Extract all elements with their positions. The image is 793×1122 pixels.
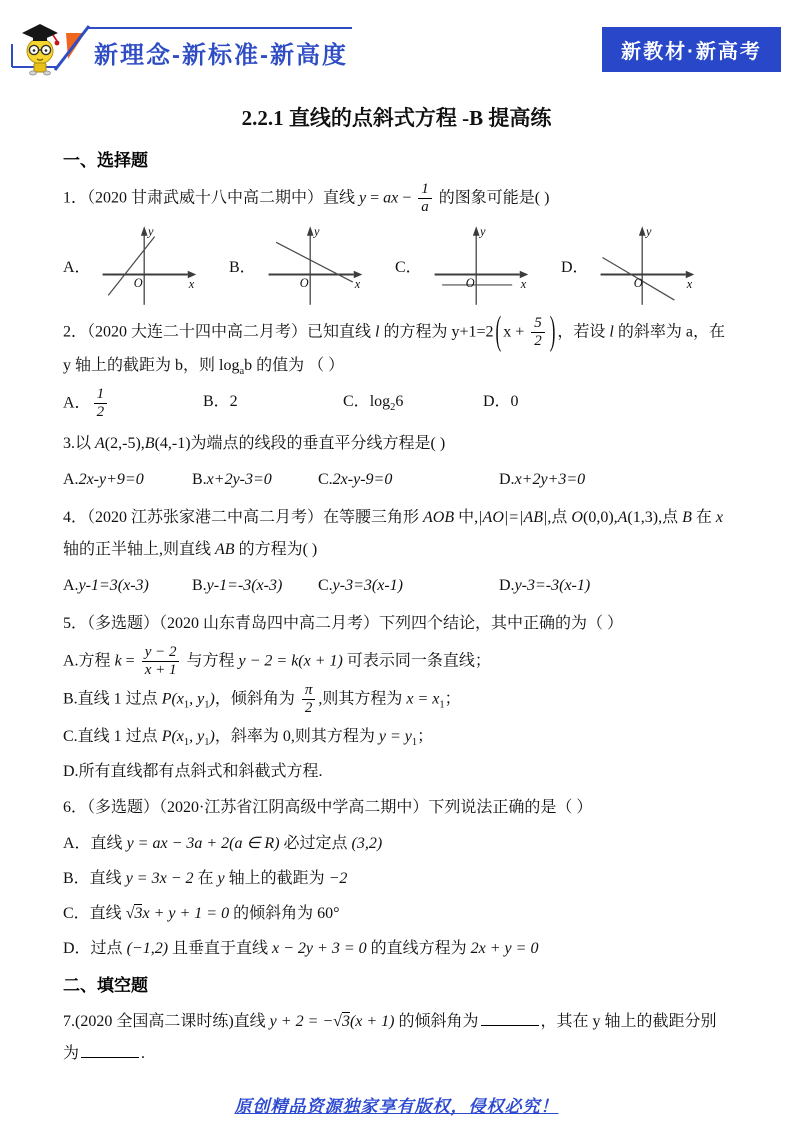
question-5-stem: 5．（多选题）（2020 山东青岛四中高二月考）下列四个结论，其中正确的为（ ） xyxy=(63,608,730,640)
question-1-options: A． y x O B． xyxy=(63,221,730,311)
question-6-option-c: C．直线 √3x + y + 1 = 0 的倾斜角为 60° xyxy=(63,898,730,930)
question-3-options: A.2x-y+9=0 B.x+2y-3=0 C.2x-y-9=0 D.x+2y+… xyxy=(63,464,730,496)
question-5-option-a: A.方程 k = y − 2x + 1 与方程 y − 2 = k(x + 1)… xyxy=(63,644,730,680)
question-4-stem: 4．（2020 江苏张家港二中高二月考）在等腰三角形 AOB 中,|AO|=|A… xyxy=(63,502,730,566)
section-heading-blank: 二、填空题 xyxy=(63,971,730,996)
worksheet-page: 新理念-新标准-新高度 新教材·新高考 2.2.1 直线的点斜式方程 -B 提高… xyxy=(0,0,793,1122)
question-5-option-d: D.所有直线都有点斜式和斜截式方程. xyxy=(63,756,730,788)
question-2-stem: 2．（2020 大连二十四中高二月考）已知直线 l 的方程为 y+1=2(x +… xyxy=(63,315,730,383)
option-b: B．2 xyxy=(203,386,343,422)
option-d-label: D． xyxy=(561,254,593,277)
svg-text:x: x xyxy=(354,276,361,290)
option-b-graph-cell: B． y x O xyxy=(229,221,367,311)
page-title: 2.2.1 直线的点斜式方程 -B 提高练 xyxy=(63,102,730,132)
option-a-label: A． xyxy=(63,254,95,277)
option-c: C.2x-y-9=0 xyxy=(318,464,499,496)
footer-copyright: 原创精品资源独家享有版权，侵权必究！ xyxy=(63,1092,730,1117)
question-6-option-b: B．直线 y = 3x − 2 在 y 轴上的截距为 −2 xyxy=(63,863,730,895)
option-b: B.x+2y-3=0 xyxy=(192,464,318,496)
graph-option-a: y x O xyxy=(95,221,201,311)
svg-text:y: y xyxy=(146,224,154,238)
question-6-option-d: D．过点 (−1,2) 且垂直于直线 x − 2y + 3 = 0 的直线方程为… xyxy=(63,933,730,965)
svg-text:y: y xyxy=(478,224,486,238)
question-6-option-a: A．直线 y = ax − 3a + 2(a ∈ R) 必过定点 (3,2) xyxy=(63,828,730,860)
question-5-option-c: C.直线 1 过点 P(x1, y1)，斜率为 0,则其方程为 y = y1； xyxy=(63,721,730,753)
svg-text:O: O xyxy=(134,275,143,289)
svg-text:x: x xyxy=(520,276,527,290)
question-1-stem: 1．（2020 甘肃武威十八中高二期中）直线 y = ax − 1a 的图象可能… xyxy=(63,181,730,217)
option-b-label: B． xyxy=(229,254,261,277)
question-5-option-b: B.直线 1 过点 P(x1, y1)，倾斜角为 π2,则其方程为 x = x1… xyxy=(63,682,730,718)
svg-text:O: O xyxy=(634,275,643,289)
header-badge: 新教材·新高考 xyxy=(602,27,781,72)
svg-text:x: x xyxy=(686,276,693,290)
question-2-options: A．12 B．2 C．log26 D．0 xyxy=(63,386,730,422)
svg-text:O: O xyxy=(300,275,309,289)
option-a-graph-cell: A． y x O xyxy=(63,221,201,311)
option-c: C.y-3=3(x-1) xyxy=(318,570,499,602)
svg-text:x: x xyxy=(188,276,195,290)
option-d-graph-cell: D． y x O xyxy=(561,221,699,311)
svg-text:y: y xyxy=(644,224,652,238)
question-3-stem: 3.以 A(2,-5),B(4,-1)为端点的线段的垂直平分线方程是( ) xyxy=(63,428,730,460)
option-c-graph-cell: C． y x O xyxy=(395,221,533,311)
graph-option-c: y x O xyxy=(427,221,533,311)
svg-text:y: y xyxy=(312,224,320,238)
page-header: 新理念-新标准-新高度 新教材·新高考 xyxy=(0,0,793,92)
graph-option-d: y x O xyxy=(593,221,699,311)
option-a: A．12 xyxy=(63,386,203,422)
question-7-stem: 7.(2020 全国高二课时练)直线 y + 2 = −√3(x + 1) 的倾… xyxy=(63,1006,730,1070)
option-d: D.y-3=-3(x-1) xyxy=(499,570,730,602)
graph-option-b: y x O xyxy=(261,221,367,311)
logo-text: 新理念-新标准-新高度 xyxy=(94,35,356,70)
question-6-stem: 6．（多选题）（2020·江苏省江阴高级中学高二期中）下列说法正确的是（ ） xyxy=(63,792,730,824)
svg-text:O: O xyxy=(466,275,475,289)
option-a: A.2x-y+9=0 xyxy=(63,464,192,496)
option-a: A.y-1=3(x-3) xyxy=(63,570,192,602)
section-heading-choice: 一、选择题 xyxy=(63,146,730,171)
worksheet-content: 2.2.1 直线的点斜式方程 -B 提高练 一、选择题 1．（2020 甘肃武威… xyxy=(0,102,793,1117)
logo-character-icon xyxy=(16,20,64,76)
option-c: C．log26 xyxy=(343,386,483,422)
option-b: B.y-1=-3(x-3) xyxy=(192,570,318,602)
question-4-options: A.y-1=3(x-3) B.y-1=-3(x-3) C.y-3=3(x-1) … xyxy=(63,570,730,602)
option-d: D.x+2y+3=0 xyxy=(499,464,730,496)
option-c-label: C． xyxy=(395,254,427,277)
option-d: D．0 xyxy=(483,386,730,422)
